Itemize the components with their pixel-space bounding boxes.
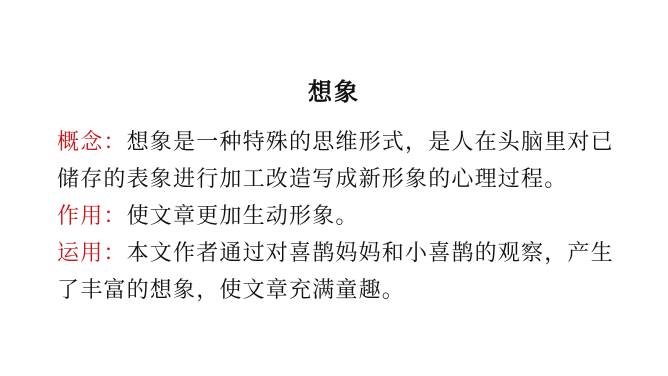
usage-label: 运用： xyxy=(57,241,127,266)
function-paragraph: 作用：使文章更加生动形象。 xyxy=(57,198,617,235)
function-label: 作用： xyxy=(57,204,127,229)
concept-label: 概念： xyxy=(57,130,127,155)
page-title: 想象 xyxy=(0,76,668,108)
usage-text: 本文作者通过对喜鹊妈妈和小喜鹊的观察，产生了丰富的想象，使文章充满童趣。 xyxy=(57,241,614,303)
concept-paragraph: 概念：想象是一种特殊的思维形式，是人在头脑里对已储存的表象进行加工改造写成新形象… xyxy=(57,124,617,198)
usage-paragraph: 运用：本文作者通过对喜鹊妈妈和小喜鹊的观察，产生了丰富的想象，使文章充满童趣。 xyxy=(57,235,617,309)
concept-text: 想象是一种特殊的思维形式，是人在头脑里对已储存的表象进行加工改造写成新形象的心理… xyxy=(57,130,614,192)
function-text: 使文章更加生动形象。 xyxy=(127,204,359,229)
